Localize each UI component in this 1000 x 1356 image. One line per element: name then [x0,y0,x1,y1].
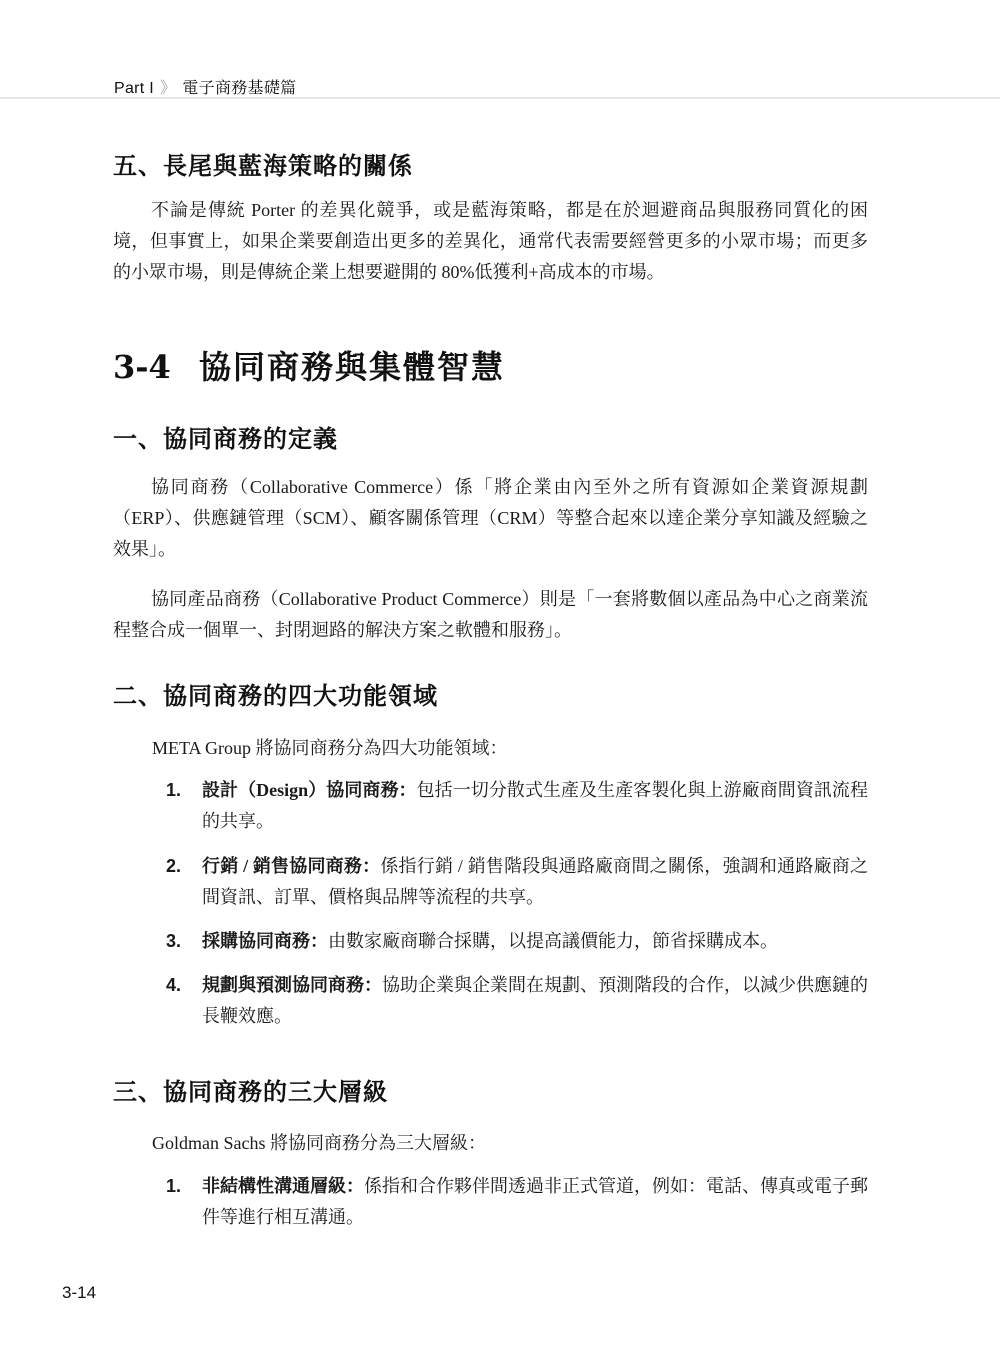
list-term: 規劃與預測協同商務： [202,975,382,995]
page-number: 3-14 [62,1283,96,1303]
part-label: Part I [114,80,154,97]
list-number: 1. [166,1171,181,1202]
paragraph-collab-commerce: 協同商務（Collaborative Commerce）係「將企業由內至外之所有… [113,472,868,565]
section-heading-long-tail: 五、長尾與藍海策略的關係 [113,146,413,181]
chapter-heading: 3-4協同商務與集體智慧 [113,342,505,388]
list-item: 3. 採購協同商務：由數家廠商聯合採購，以提高議價能力，節省採購成本。 [166,926,868,957]
list-term: 採購協同商務： [202,931,328,951]
section-heading-four-domains: 二、協同商務的四大功能領域 [113,676,438,711]
running-header: Part I》電子商務基礎篇 [0,0,1000,100]
list-item: 1. 非結構性溝通層級：係指和合作夥伴間透過非正式管道，例如：電話、傳真或電子郵… [166,1171,868,1233]
chevron-separator-icon: 》 [160,80,176,97]
section-heading-definition: 一、協同商務的定義 [113,419,338,454]
running-header-text: Part I》電子商務基礎篇 [114,75,296,98]
paragraph-collab-product-commerce: 協同產品商務（Collaborative Product Commerce）則是… [113,584,868,646]
list-number: 3. [166,926,181,957]
list-term: 設計（Design）協同商務： [202,780,417,800]
lead-meta-group: META Group 將協同商務分為四大功能領域： [152,734,508,760]
part-section-title: 電子商務基礎篇 [182,80,296,97]
list-term: 非結構性溝通層級： [202,1176,364,1196]
list-item: 4. 規劃與預測協同商務：協助企業與企業間在規劃、預測階段的合作，以減少供應鏈的… [166,970,868,1032]
lead-goldman-sachs: Goldman Sachs 將協同商務分為三大層級： [152,1129,486,1155]
list-term: 行銷 / 銷售協同商務： [202,856,380,876]
list-number: 2. [166,851,181,882]
list-number: 1. [166,775,181,806]
list-item: 1. 設計（Design）協同商務：包括一切分散式生產及生產客製化與上游廠商間資… [166,775,868,837]
chapter-number: 3-4 [113,348,199,386]
list-number: 4. [166,970,181,1001]
paragraph-long-tail: 不論是傳統 Porter 的差異化競爭，或是藍海策略，都是在於迴避商品與服務同質… [113,195,868,288]
section-heading-three-levels: 三、協同商務的三大層級 [113,1072,388,1107]
list-desc: 由數家廠商聯合採購，以提高議價能力，節省採購成本。 [328,931,778,951]
header-divider [0,97,1000,99]
chapter-title: 協同商務與集體智慧 [199,348,505,386]
list-item: 2. 行銷 / 銷售協同商務：係指行銷 / 銷售階段與通路廠商間之關係，強調和通… [166,851,868,913]
